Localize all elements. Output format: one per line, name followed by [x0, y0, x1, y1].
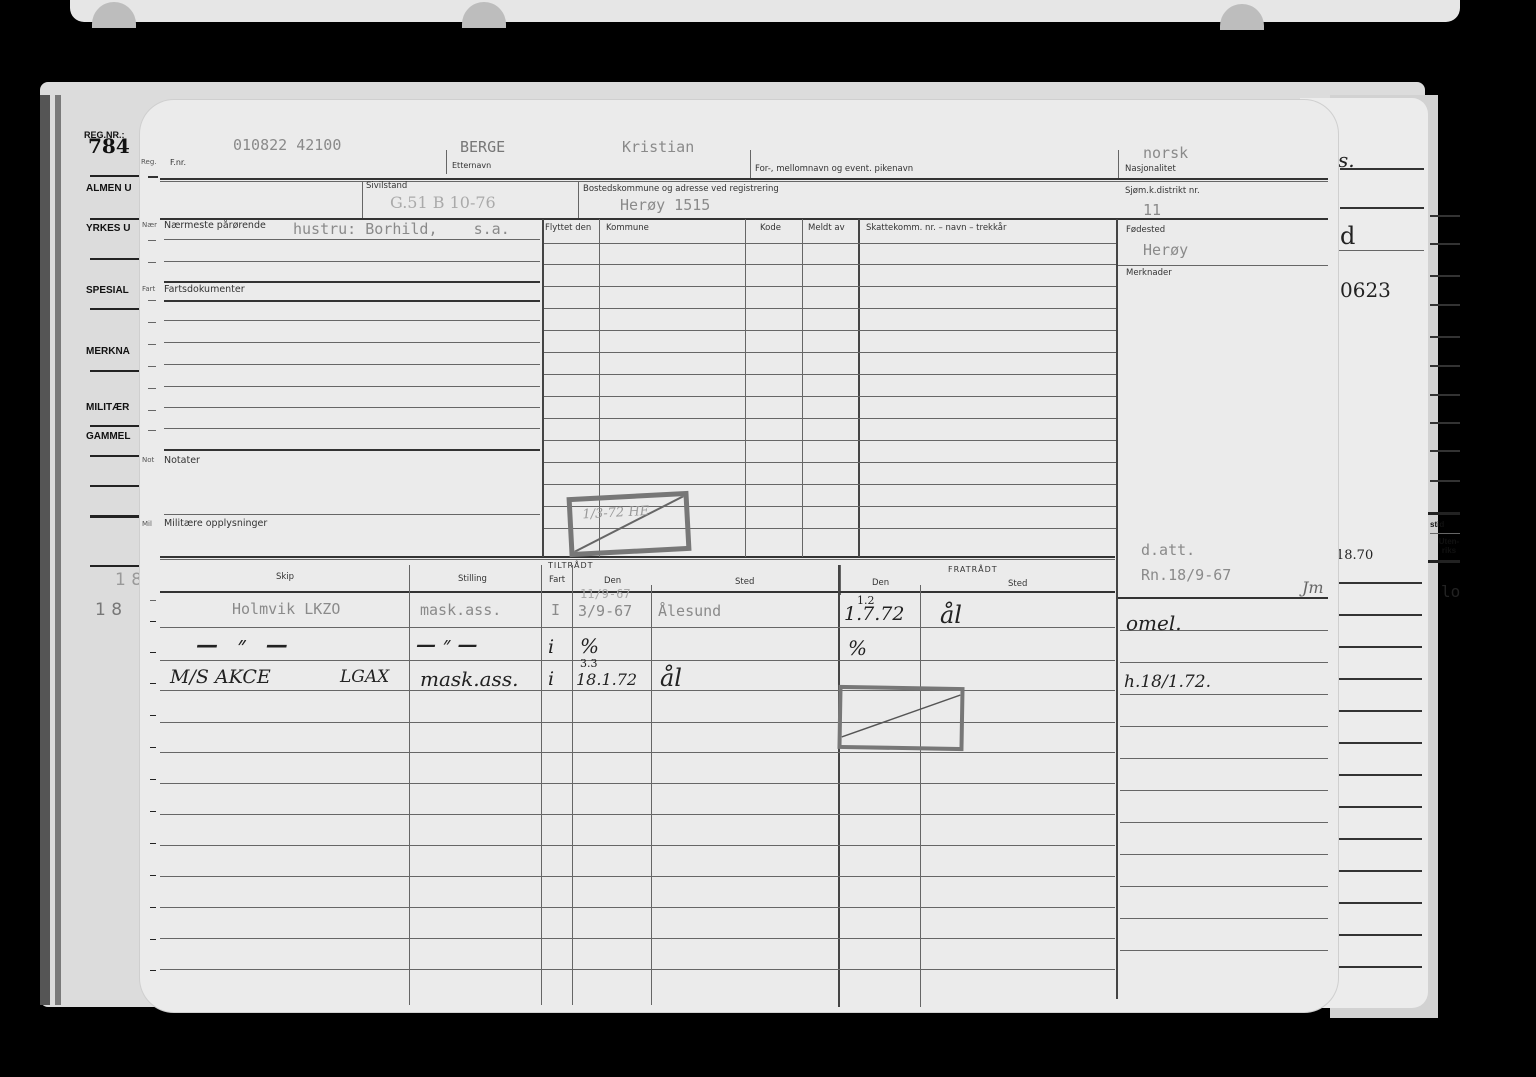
first-name-label: For-, mellomnavn og event. pikenavn [755, 164, 913, 174]
divider [1338, 250, 1424, 251]
divider [1120, 854, 1328, 855]
divider [544, 374, 1116, 375]
divider [1120, 662, 1328, 663]
tick [150, 600, 156, 601]
nationality-label: Nasjonalitet [1125, 164, 1176, 174]
tick [148, 410, 156, 411]
divider [1336, 646, 1422, 648]
cancelled-box-stamp [837, 685, 964, 751]
divider [160, 556, 1115, 558]
divider [1120, 822, 1328, 823]
row3-position: mask.ass. [420, 667, 518, 691]
divider [1336, 710, 1422, 712]
mil-prefix: Mil [142, 520, 152, 528]
marital-status-label: Sivilstand [366, 181, 407, 191]
divider [544, 484, 1116, 485]
utenriks-value: lo [1441, 582, 1460, 601]
divider [164, 428, 540, 429]
row3-trade: i [548, 668, 554, 690]
divider [362, 182, 363, 218]
right-value-number: 0623 [1340, 278, 1391, 302]
divider [160, 722, 1115, 723]
remarks-label: Merknader [1126, 268, 1172, 278]
card-stack-edge [40, 95, 50, 1005]
divider [164, 364, 540, 365]
divider [160, 627, 1115, 628]
tick [150, 715, 156, 716]
divider [544, 396, 1116, 397]
divider [164, 342, 540, 343]
row1-end-date: 1.7.72 [844, 603, 904, 625]
diagonal-line-icon [842, 689, 961, 747]
divider [544, 308, 1116, 309]
reg-label: Reg. [141, 158, 157, 166]
divider [1120, 950, 1328, 951]
fnr-label: F.nr. [170, 158, 186, 167]
municipality-header: Kommune [606, 223, 649, 233]
start-place-header: Sted [735, 577, 754, 587]
divider [1336, 742, 1422, 744]
divider [1338, 582, 1422, 584]
divider [164, 449, 540, 451]
naer-prefix: Nær [142, 221, 157, 229]
divider [164, 386, 540, 387]
row3-ship-callsign: LGAX [340, 667, 389, 687]
row2-trade: i [548, 636, 554, 658]
tick [150, 811, 156, 812]
row1-start-date-above: 11/9-67 [580, 587, 631, 601]
tick [148, 300, 156, 301]
tax-municipality-header: Skattekomm. nr. – navn – trekkår [866, 223, 1006, 233]
row3-ship: M/S AKCE [170, 666, 271, 688]
row1-position: mask.ass. [420, 601, 501, 619]
divider [90, 308, 140, 310]
row3-start-date: 18.1.72 [576, 670, 637, 689]
divider [1120, 758, 1328, 759]
divider [160, 969, 1115, 970]
divider [90, 425, 140, 427]
nationality-value: norsk [1143, 144, 1188, 162]
divider [1336, 934, 1422, 936]
cancelled-stamp: 1/3-72 HE [567, 491, 692, 557]
fartstid-label: stid [1430, 520, 1444, 529]
initials: Jm [1302, 578, 1324, 597]
divider [1338, 614, 1422, 616]
divider [90, 455, 140, 457]
divider [160, 907, 1115, 908]
divider [160, 938, 1115, 939]
tiltradt-label: TILTRÅDT [548, 561, 594, 570]
divider [90, 218, 140, 220]
row1-ship: Holmvik LKZO [232, 600, 340, 618]
divider [164, 281, 540, 283]
divider [1120, 726, 1328, 727]
divider [160, 660, 1115, 661]
tick [148, 240, 156, 241]
notes-label: Notater [164, 455, 200, 466]
divider [148, 176, 158, 178]
tick [148, 388, 156, 389]
divider [160, 845, 1115, 846]
travel-docs-label: Fartsdokumenter [164, 284, 245, 295]
fratradt-label: FRATRÅDT [948, 565, 998, 574]
divider [1336, 678, 1422, 680]
divider [1336, 902, 1422, 904]
tick [150, 875, 156, 876]
divider [838, 565, 840, 1007]
residence-value: Herøy 1515 [620, 196, 710, 214]
tick [150, 907, 156, 908]
divider [90, 175, 140, 177]
divider [1118, 150, 1119, 178]
row2-position-ditto: — ״ — [416, 632, 478, 657]
side-number: 1 8 [95, 600, 122, 620]
district-label: Sjøm.k.distrikt nr. [1125, 186, 1200, 196]
divider [160, 783, 1115, 784]
divider [1120, 886, 1328, 887]
divider [90, 485, 140, 487]
back-label-gammel: GAMMEL [86, 431, 130, 442]
divider [572, 565, 573, 1005]
divider [164, 239, 540, 240]
divider [160, 690, 1115, 691]
tick [148, 262, 156, 263]
back-label-merknad: MERKNA [86, 346, 130, 357]
divider [164, 320, 540, 321]
moved-date-header: Flyttet den [545, 223, 591, 233]
surname-value: BERGE [460, 138, 505, 156]
divider [1116, 219, 1118, 999]
row1-trade: I [551, 601, 560, 619]
divider [160, 591, 1115, 593]
divider [90, 370, 140, 372]
divider [544, 330, 1116, 331]
row3-start-date-above: 3.3 [580, 657, 598, 670]
tick [150, 652, 156, 653]
divider [1120, 694, 1328, 695]
first-name-value: Kristian [622, 138, 694, 156]
divider [160, 752, 1115, 753]
divider [1120, 790, 1328, 791]
divider [541, 565, 542, 1005]
divider [1336, 966, 1422, 968]
divider [1336, 870, 1422, 872]
divider [544, 418, 1116, 419]
row2-start-date: % [580, 634, 599, 658]
divider [544, 440, 1116, 441]
reported-by-header: Meldt av [808, 223, 845, 233]
divider [160, 814, 1115, 815]
next-of-kin-value: hustru: Borhild, s.a. [293, 220, 510, 238]
tick [150, 683, 156, 684]
tick [150, 939, 156, 940]
tick [150, 747, 156, 748]
divider [1336, 838, 1422, 840]
birthplace-value: Herøy [1143, 241, 1188, 259]
start-date-header: Den [604, 576, 621, 586]
tick [148, 366, 156, 367]
card-stack-edge [55, 95, 61, 1005]
back-label-yrkes: YRKES U [86, 223, 130, 234]
remarks-value-1: d.att. [1141, 541, 1195, 559]
divider [544, 286, 1116, 287]
tick [150, 779, 156, 780]
row2-end-date: % [848, 636, 867, 660]
row3-note: h.18/1.72. [1124, 672, 1211, 692]
divider [544, 264, 1116, 265]
row1-note: omel. [1126, 611, 1182, 635]
divider [578, 182, 579, 218]
back-label-militaer: MILITÆR [86, 402, 129, 413]
divider [90, 565, 140, 567]
divider [409, 565, 410, 1005]
divider [160, 178, 1328, 180]
surname-label: Etternavn [452, 161, 491, 170]
row2-ship-ditto: — ״ — [196, 632, 294, 658]
divider [446, 150, 447, 174]
divider [90, 515, 140, 518]
background [0, 1018, 1536, 1077]
divider [544, 462, 1116, 463]
side-number: 1 8 [115, 570, 142, 590]
tick [150, 621, 156, 622]
divider [920, 585, 921, 1007]
ship-header: Skip [276, 572, 294, 582]
district-value: 11 [1143, 201, 1161, 219]
divider [544, 352, 1116, 353]
divider [160, 559, 1115, 560]
right-value-d: d [1340, 222, 1355, 250]
divider [164, 514, 540, 515]
divider [651, 585, 652, 1005]
background [1460, 80, 1536, 1077]
not-prefix: Not [142, 456, 154, 464]
marital-status-value: G.51 B 10-76 [390, 193, 496, 212]
divider [1118, 597, 1328, 599]
divider [1340, 168, 1424, 170]
divider [750, 150, 751, 178]
position-header: Stilling [458, 574, 487, 584]
trade-header: Fart [549, 575, 565, 585]
divider [1120, 918, 1328, 919]
divider [544, 243, 1116, 244]
back-label-almen: ALMEN U [86, 183, 132, 194]
tick [148, 322, 156, 323]
divider [1336, 806, 1422, 808]
fnr-value: 010822 42100 [233, 136, 341, 154]
fart-prefix: Fart [142, 285, 155, 293]
divider [164, 300, 540, 302]
back-label-spesial: SPESIAL [86, 285, 129, 296]
right-value-date: 18.70 [1336, 548, 1373, 563]
end-place-header: Sted [1008, 579, 1027, 589]
row1-start-date: 3/9-67 [578, 602, 632, 620]
reg-nr-value: 784 [88, 134, 130, 158]
tick [150, 970, 156, 971]
code-header: Kode [760, 223, 781, 233]
tick [150, 843, 156, 844]
row1-end-place: ål [940, 601, 962, 629]
military-info-label: Militære opplysninger [164, 518, 267, 529]
remarks-value-2: Rn.18/9-67 [1141, 566, 1231, 584]
end-date-header: Den [872, 578, 889, 588]
divider [1118, 265, 1328, 266]
divider [160, 181, 1328, 182]
row1-start-place: Ålesund [658, 602, 721, 620]
row3-start-place: ål [660, 664, 682, 692]
birthplace-label: Fødested [1126, 225, 1165, 235]
divider [164, 407, 540, 408]
tick [148, 430, 156, 431]
tick [148, 344, 156, 345]
residence-label: Bostedskommune og adresse ved registreri… [583, 184, 779, 194]
next-of-kin-label: Nærmeste pårørende [164, 220, 266, 231]
divider [1340, 207, 1424, 209]
divider [164, 261, 540, 262]
divider [1336, 774, 1422, 776]
divider [90, 258, 140, 260]
divider [160, 876, 1115, 877]
